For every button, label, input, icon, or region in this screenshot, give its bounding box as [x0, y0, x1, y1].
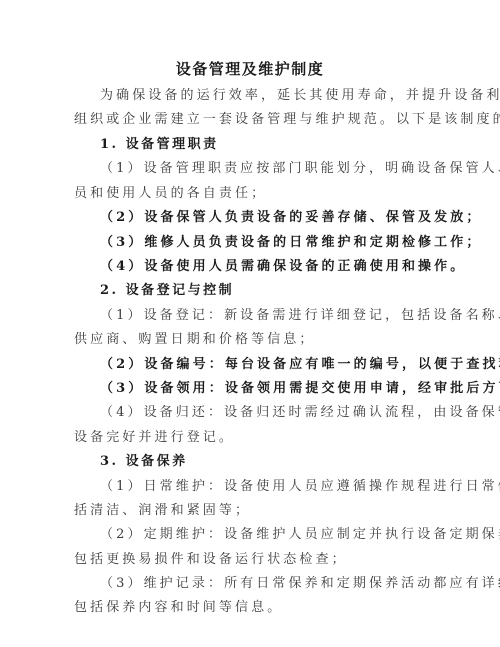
list-item-line: 设备完好并进行登记。	[74, 430, 426, 446]
list-item-line: （4）设备使用人员需确保设备的正确使用和操作。	[100, 259, 452, 275]
list-item-line: （2）设备保管人负责设备的妥善存储、保管及发放；	[100, 210, 452, 226]
list-item-line: （1）日常维护：设备使用人员应遵循操作规程进行日常保养，包	[100, 479, 452, 495]
list-item-line: （1）设备登记：新设备需进行详细登记，包括设备名称、型号、	[100, 308, 452, 324]
list-item-line: 括清洁、润滑和紧固等；	[74, 503, 426, 519]
document-page: 设备管理及维护制度 为确保设备的运行效率，延长其使用寿命，并提升设备利用率， 组…	[0, 0, 500, 647]
intro-line: 为确保设备的运行效率，延长其使用寿命，并提升设备利用率，	[100, 88, 452, 104]
list-item-line: （3）维护记录：所有日常保养和定期保养活动都应有详细记录，	[100, 576, 452, 592]
list-item-line: （3）设备领用：设备领用需提交使用申请，经审批后方可领取；	[100, 381, 452, 397]
list-item-line: 员和使用人员的各自责任；	[74, 186, 426, 202]
section-heading: 3. 设备保养	[100, 454, 452, 470]
section-heading: 1. 设备管理职责	[100, 137, 452, 153]
list-item-line: （1）设备管理职责应按部门职能划分，明确设备保管人、维修人	[100, 161, 452, 177]
list-item-line: （4）设备归还：设备归还时需经过确认流程，由设备保管人检查	[100, 405, 452, 421]
list-item-line: （2）定期维护：设备维护人员应制定并执行设备定期保养计划，	[100, 527, 452, 543]
intro-line: 组织或企业需建立一套设备管理与维护规范。以下是该制度的示例：	[74, 112, 426, 128]
list-item-line: （3）维修人员负责设备的日常维护和定期检修工作；	[100, 235, 452, 251]
section-heading: 2. 设备登记与控制	[100, 283, 452, 299]
document-title: 设备管理及维护制度	[0, 58, 500, 79]
list-item-line: 包括保养内容和时间等信息。	[74, 600, 426, 616]
list-item-line: （2）设备编号：每台设备应有唯一的编号，以便于查找和管理；	[100, 357, 452, 373]
list-item-line: 供应商、购置日期和价格等信息；	[74, 332, 426, 348]
list-item-line: 包括更换易损件和设备运行状态检查；	[74, 552, 426, 568]
